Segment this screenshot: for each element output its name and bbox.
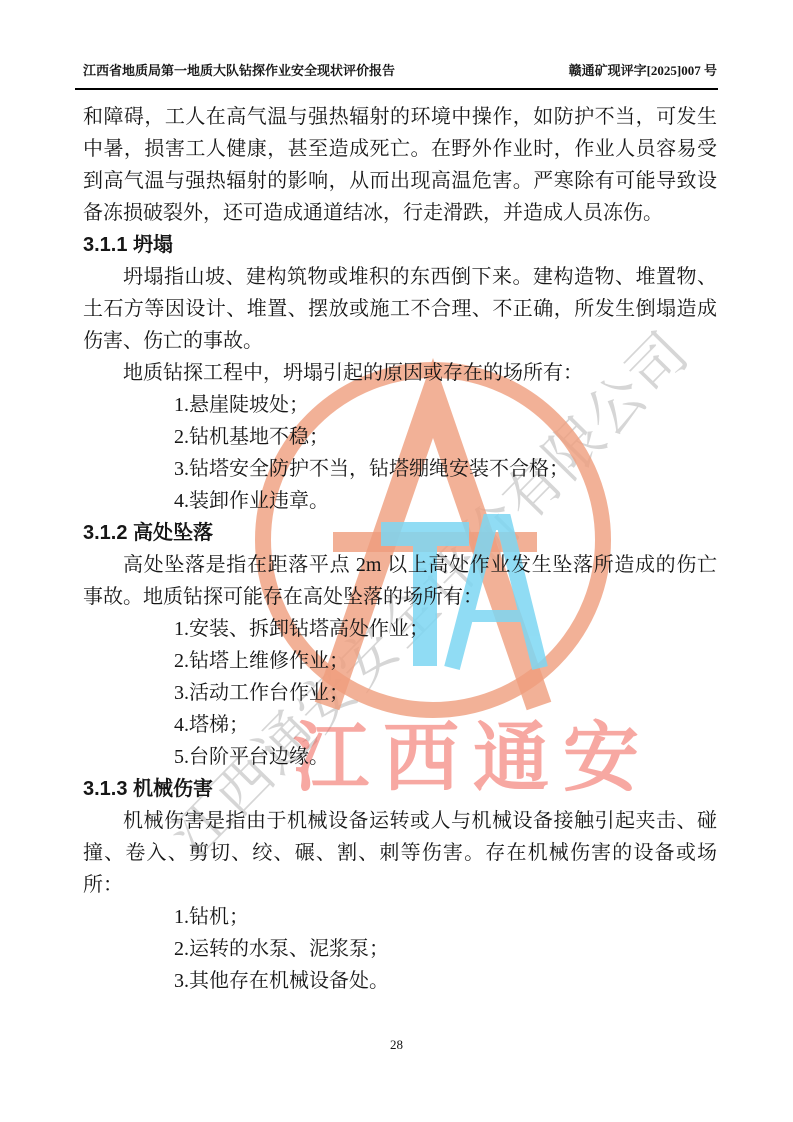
paragraph: 坍塌指山坡、建构筑物或堆积的东西倒下来。建构造物、堆置物、土石方等因设计、堆置、… (83, 261, 717, 357)
list-item: 3.其他存在机械设备处。 (83, 965, 717, 997)
section-heading-collapse: 3.1.1 坍塌 (83, 229, 717, 261)
header-report-title: 江西省地质局第一地质大队钻探作业安全现状评价报告 (83, 60, 395, 79)
page-header: 江西省地质局第一地质大队钻探作业安全现状评价报告 赣通矿现评字[2025]007… (83, 60, 717, 79)
page-number: 28 (0, 1037, 793, 1053)
document-page: 江西省地质局第一地质大队钻探作业安全现状评价报告 赣通矿现评字[2025]007… (0, 0, 793, 1122)
list-item: 2.钻机基地不稳； (83, 421, 717, 453)
section-heading-mechanical-injury: 3.1.3 机械伤害 (83, 773, 717, 805)
list-item: 4.塔梯； (83, 709, 717, 741)
list-item: 3.钻塔安全防护不当，钻塔绷绳安装不合格； (83, 453, 717, 485)
list-item: 1.钻机； (83, 901, 717, 933)
list-item: 1.悬崖陡坡处； (83, 389, 717, 421)
list-item: 1.安装、拆卸钻塔高处作业； (83, 613, 717, 645)
paragraph: 和障碍，工人在高气温与强热辐射的环境中操作，如防护不当，可发生中暑，损害工人健康… (83, 101, 717, 229)
list-item: 4.装卸作业违章。 (83, 485, 717, 517)
paragraph: 高处坠落是指在距落平点 2m 以上高处作业发生坠落所造成的伤亡事故。地质钻探可能… (83, 549, 717, 613)
header-rule (75, 88, 718, 90)
section-heading-fall-from-height: 3.1.2 高处坠落 (83, 517, 717, 549)
list-item: 3.活动工作台作业； (83, 677, 717, 709)
list-item: 2.钻塔上维修作业； (83, 645, 717, 677)
paragraph: 机械伤害是指由于机械设备运转或人与机械设备接触引起夹击、碰撞、卷入、剪切、绞、碾… (83, 805, 717, 901)
list-item: 2.运转的水泵、泥浆泵； (83, 933, 717, 965)
paragraph: 地质钻探工程中，坍塌引起的原因或存在的场所有： (83, 357, 717, 389)
header-doc-number: 赣通矿现评字[2025]007 号 (569, 60, 717, 79)
document-body: 和障碍，工人在高气温与强热辐射的环境中操作，如防护不当，可发生中暑，损害工人健康… (83, 101, 717, 997)
list-item: 5.台阶平台边缘。 (83, 741, 717, 773)
